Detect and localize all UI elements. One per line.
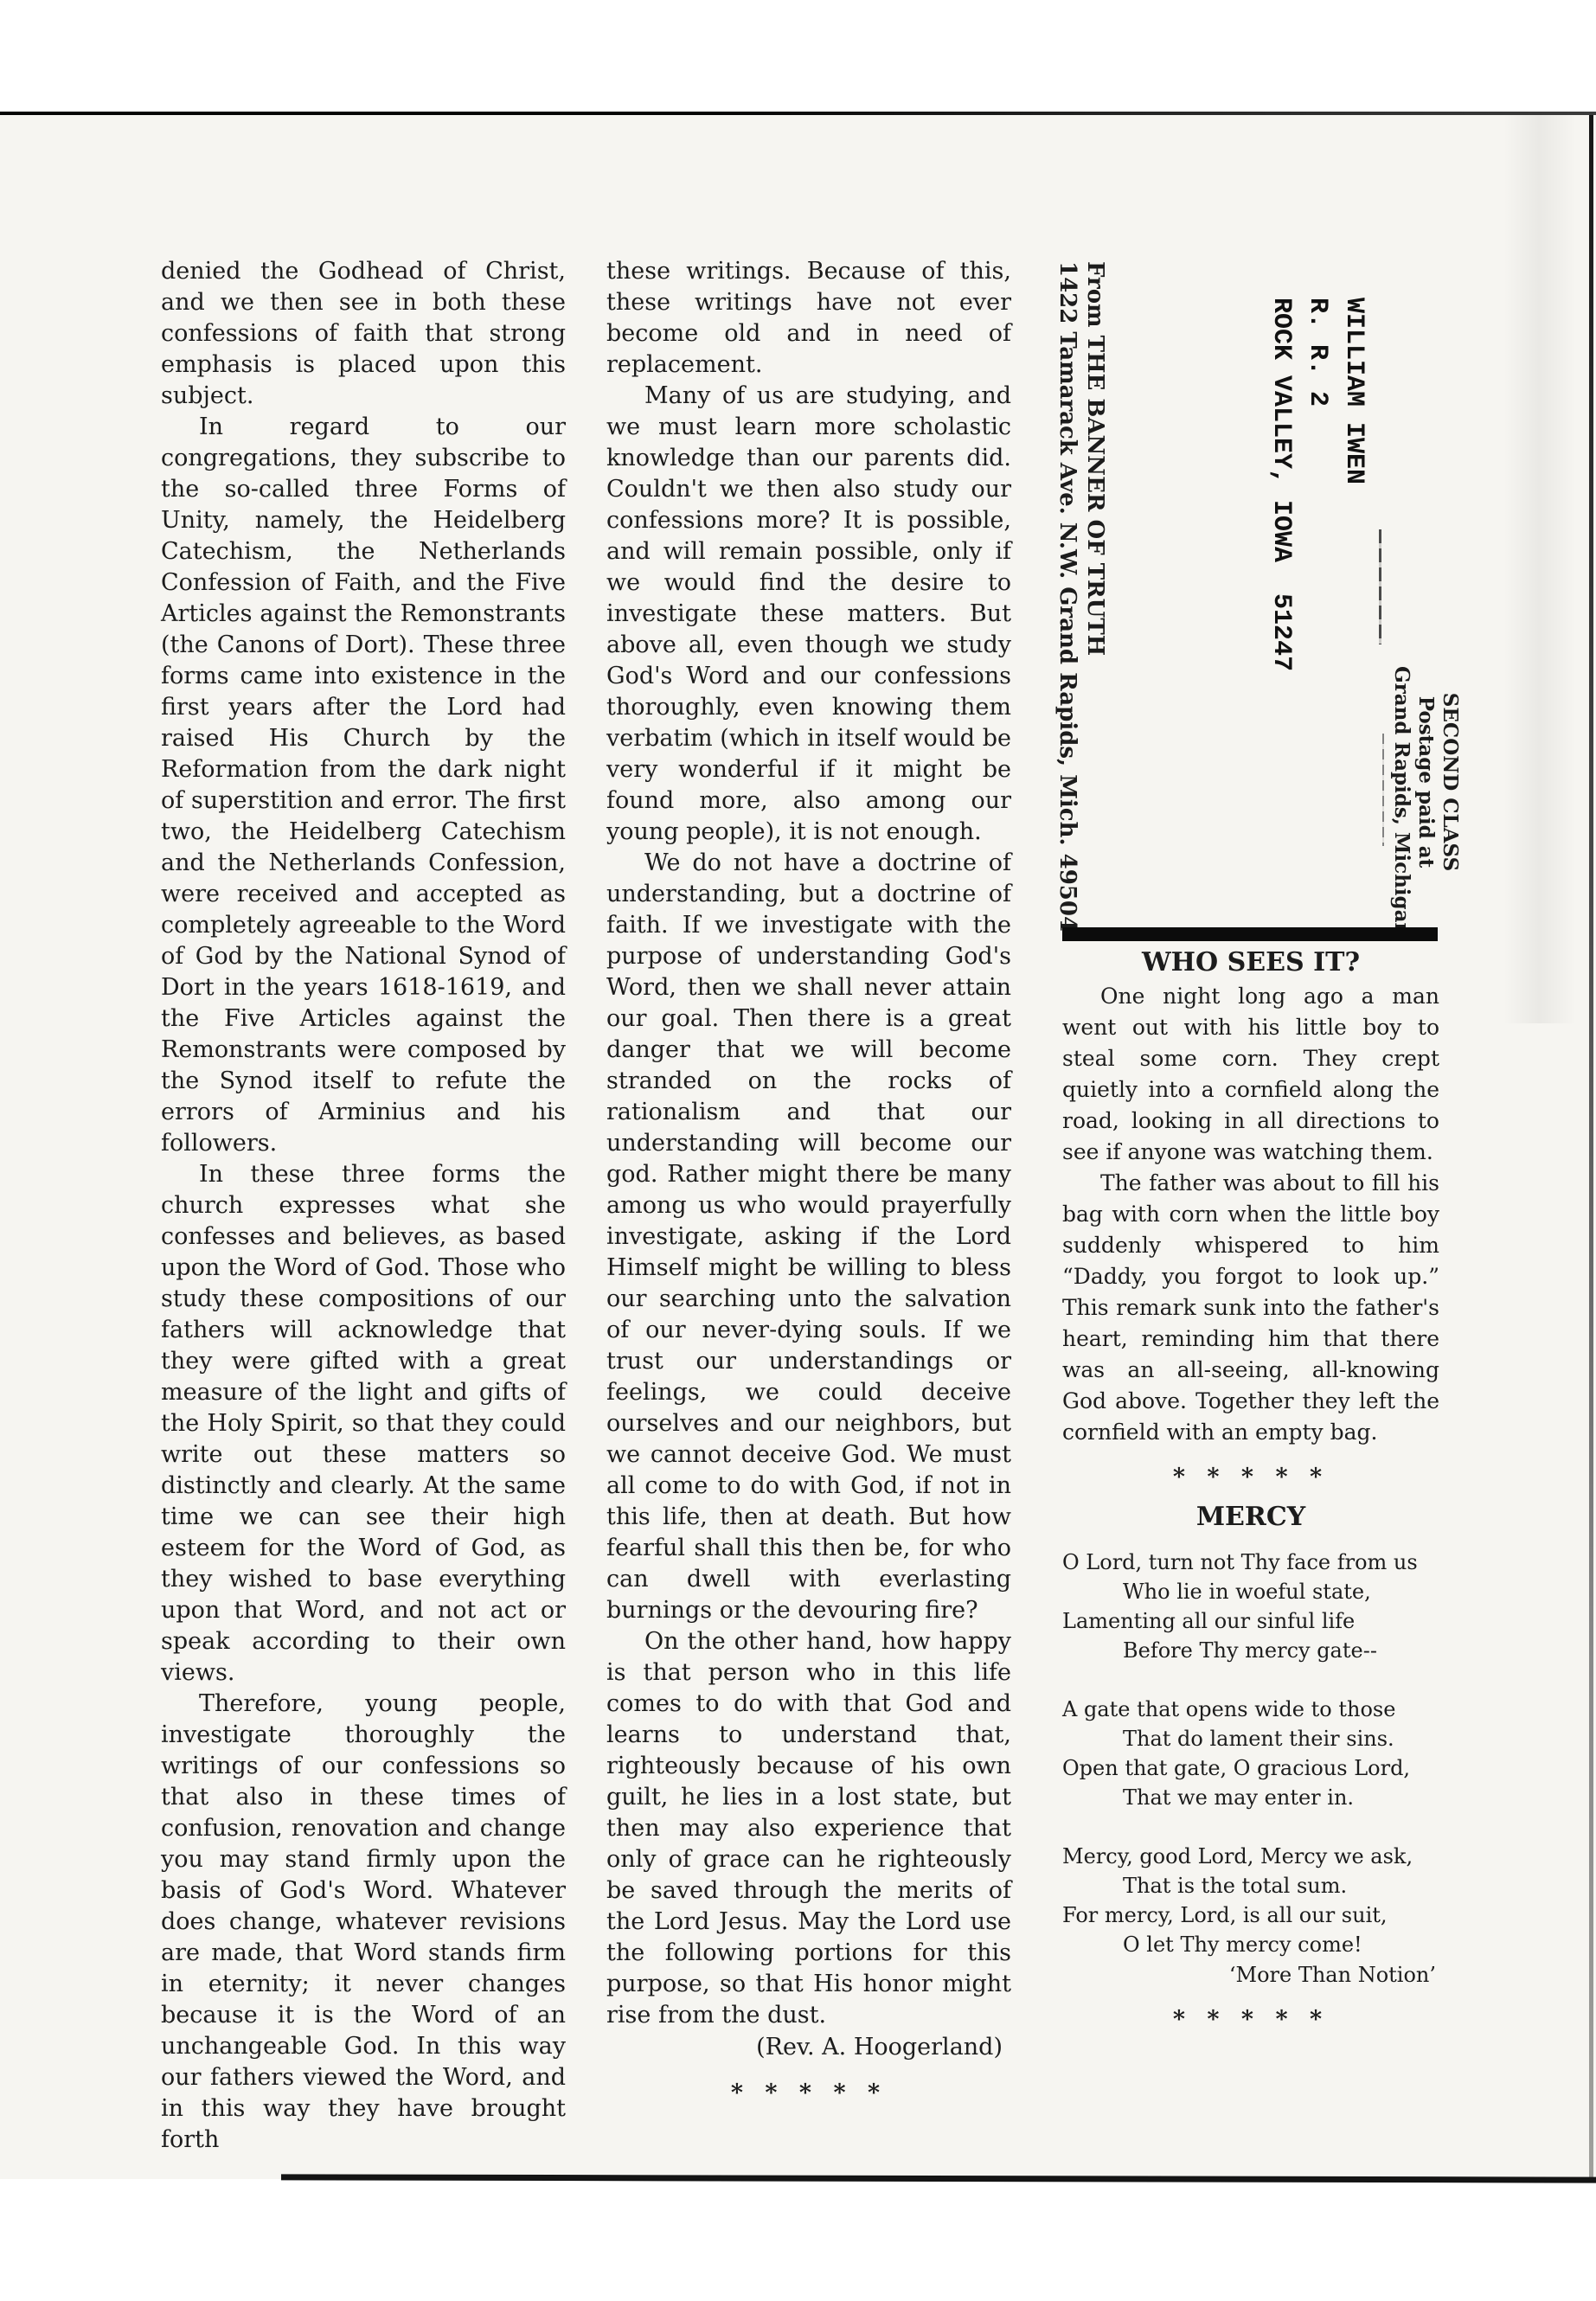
postage-notice: SECOND CLASS Postage paid at Grand Rapid…: [1389, 666, 1462, 898]
poem-attribution: ‘More Than Notion’: [1062, 1959, 1439, 1990]
postage-line: Postage paid at: [1413, 666, 1438, 898]
postage-line: Grand Rapids, Michigan: [1389, 666, 1413, 898]
author-credit: (Rev. A. Hoogerland): [606, 2031, 1011, 2064]
poem: O Lord, turn not Thy face from usWho lie…: [1062, 1548, 1439, 1959]
addressee-line: WILLIAM IWEN: [1336, 298, 1372, 704]
poem-line: For mercy, Lord, is all our suit,: [1062, 1900, 1439, 1930]
poem-line: Open that gate, O gracious Lord,: [1062, 1753, 1439, 1783]
addressee-line: R. R. 2: [1299, 298, 1336, 704]
right-edge-line: [1589, 115, 1593, 2179]
column-middle: these writings. Because of this, these w…: [606, 256, 1011, 2110]
poem-line: Before Thy mercy gate--: [1062, 1636, 1439, 1665]
poem-line: That we may enter in.: [1062, 1783, 1439, 1812]
paragraph: Therefore, young people, investigate tho…: [161, 1689, 566, 2156]
sender-return-address: From THE BANNER OF TRUTH 1422 Tamarack A…: [1054, 261, 1109, 791]
paragraph: One night long ago a man went out with h…: [1062, 981, 1439, 1168]
paragraph: In these three forms the church expresse…: [161, 1159, 566, 1689]
poem-line: A gate that opens wide to those: [1062, 1695, 1439, 1724]
asterisk-divider: * * * * *: [1062, 1464, 1439, 1490]
sender-line: From THE BANNER OF TRUTH: [1081, 261, 1109, 791]
paragraph: denied the Godhead of Christ, and we the…: [161, 256, 566, 412]
fold-crease: [1503, 115, 1576, 1023]
addressee-line: ROCK VALLEY, IOWA 51247: [1263, 298, 1299, 704]
poem-line: Who lie in woeful state,: [1062, 1577, 1439, 1606]
poem-line: Mercy, good Lord, Mercy we ask,: [1062, 1842, 1439, 1871]
poem-line: O Lord, turn not Thy face from us: [1062, 1548, 1439, 1577]
paragraph: In regard to our congregations, they sub…: [161, 412, 566, 1159]
poem-line: O let Thy mercy come!: [1062, 1930, 1439, 1959]
address-underline-1: [1379, 529, 1381, 644]
postage-line: SECOND CLASS: [1438, 666, 1462, 898]
paragraph: these writings. Because of this, these w…: [606, 256, 1011, 381]
paragraph: Many of us are studying, and we must lea…: [606, 381, 1011, 848]
section-divider-bar: [1062, 927, 1438, 941]
column-right: WHO SEES IT?One night long ago a man wen…: [1062, 945, 1439, 2036]
address-underline-2: [1382, 734, 1384, 846]
paragraph: On the other hand, how happy is that per…: [606, 1626, 1011, 2031]
sender-line: 1422 Tamarack Ave. N.W. Grand Rapids, Mi…: [1054, 261, 1081, 791]
column-left: denied the Godhead of Christ, and we the…: [161, 256, 566, 2156]
paragraph: We do not have a doctrine of understandi…: [606, 848, 1011, 1626]
top-edge-line: [0, 112, 1596, 115]
poem-line: That do lament their sins.: [1062, 1724, 1439, 1753]
poem-line: That is the total sum.: [1062, 1871, 1439, 1900]
section-heading: WHO SEES IT?: [1062, 945, 1439, 981]
section-heading: MERCY: [1062, 1499, 1439, 1535]
poem-line: Lamenting all our sinful life: [1062, 1606, 1439, 1636]
paragraph: The father was about to fill his bag wit…: [1062, 1168, 1439, 1448]
asterisk-divider: * * * * *: [606, 2080, 1011, 2106]
mailing-address-label: WILLIAM IWEN R. R. 2 ROCK VALLEY, IOWA 5…: [1263, 298, 1372, 704]
asterisk-divider: * * * * *: [1062, 2006, 1439, 2033]
